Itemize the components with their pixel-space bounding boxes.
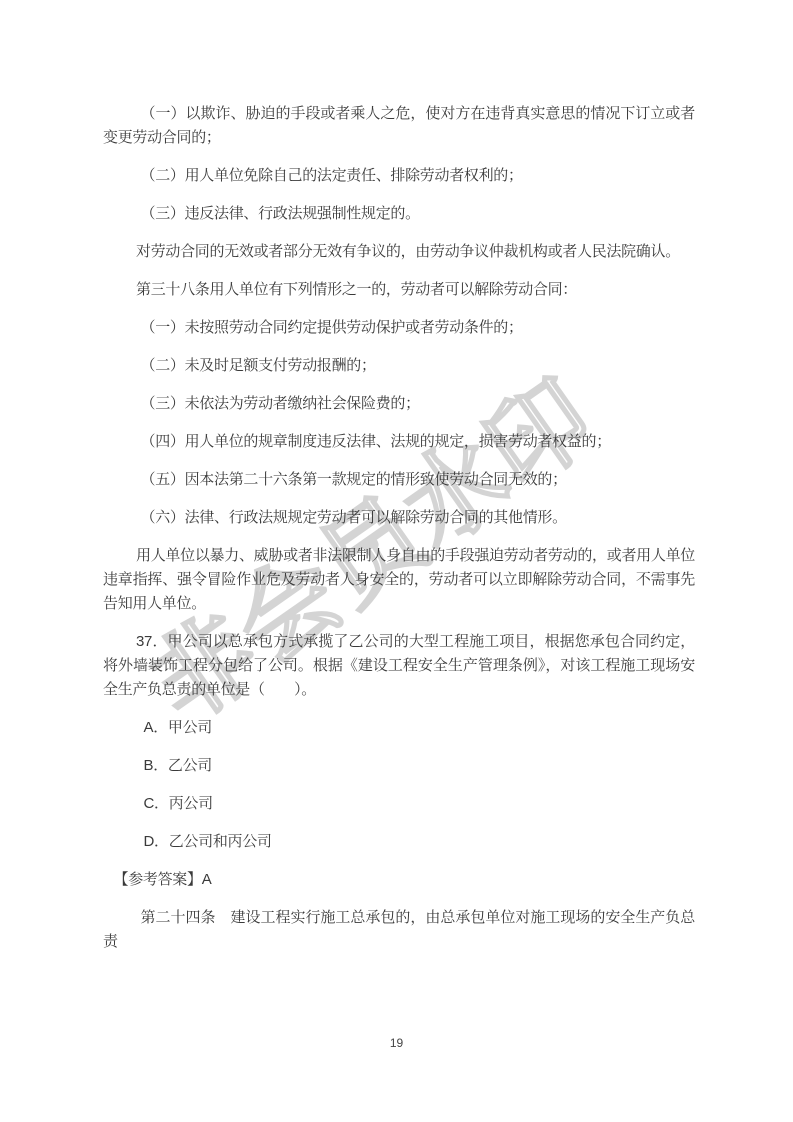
page-number: 19 [0,1036,793,1050]
article-38-item-1: （一）未按照劳动合同约定提供劳动保护或者劳动条件的； [103,316,695,340]
document-content: （一）以欺诈、胁迫的手段或者乘人之危，使对方在违背真实意思的情况下订立或者变更劳… [0,0,793,954]
option-a: A．甲公司 [103,716,695,740]
clause-item-2: （二）用人单位免除自己的法定责任、排除劳动者权利的； [103,164,695,188]
clause-item-3: （三）违反法律、行政法规强制性规定的。 [103,202,695,226]
option-b: B．乙公司 [103,754,695,778]
article-38-item-6: （六）法律、行政法规规定劳动者可以解除劳动合同的其他情形。 [103,506,695,530]
reference-answer: 【参考答案】A [103,868,695,892]
forced-labor-note: 用人单位以暴力、威胁或者非法限制人身自由的手段强迫劳动者劳动的，或者用人单位违章… [103,544,695,616]
question-37: 37．甲公司以总承包方式承揽了乙公司的大型工程施工项目，根据您承包合同约定，将外… [103,630,695,702]
invalid-dispute-note: 对劳动合同的无效或者部分无效有争议的，由劳动争议仲裁机构或者人民法院确认。 [103,240,695,264]
option-d: D．乙公司和丙公司 [103,830,695,854]
article-24-excerpt: 第二十四条 建设工程实行施工总承包的，由总承包单位对施工现场的安全生产负总责 [103,906,695,954]
article-38-item-3: （三）未依法为劳动者缴纳社会保险费的； [103,392,695,416]
document-page: 非会员水印 （一）以欺诈、胁迫的手段或者乘人之危，使对方在违背真实意思的情况下订… [0,0,793,1122]
article-38-intro: 第三十八条用人单位有下列情形之一的，劳动者可以解除劳动合同： [103,278,695,302]
article-38-item-4: （四）用人单位的规章制度违反法律、法规的规定，损害劳动者权益的； [103,430,695,454]
clause-item-1: （一）以欺诈、胁迫的手段或者乘人之危，使对方在违背真实意思的情况下订立或者变更劳… [103,102,695,150]
article-38-item-5: （五）因本法第二十六条第一款规定的情形致使劳动合同无效的； [103,468,695,492]
option-c: C．丙公司 [103,792,695,816]
article-38-item-2: （二）未及时足额支付劳动报酬的； [103,354,695,378]
